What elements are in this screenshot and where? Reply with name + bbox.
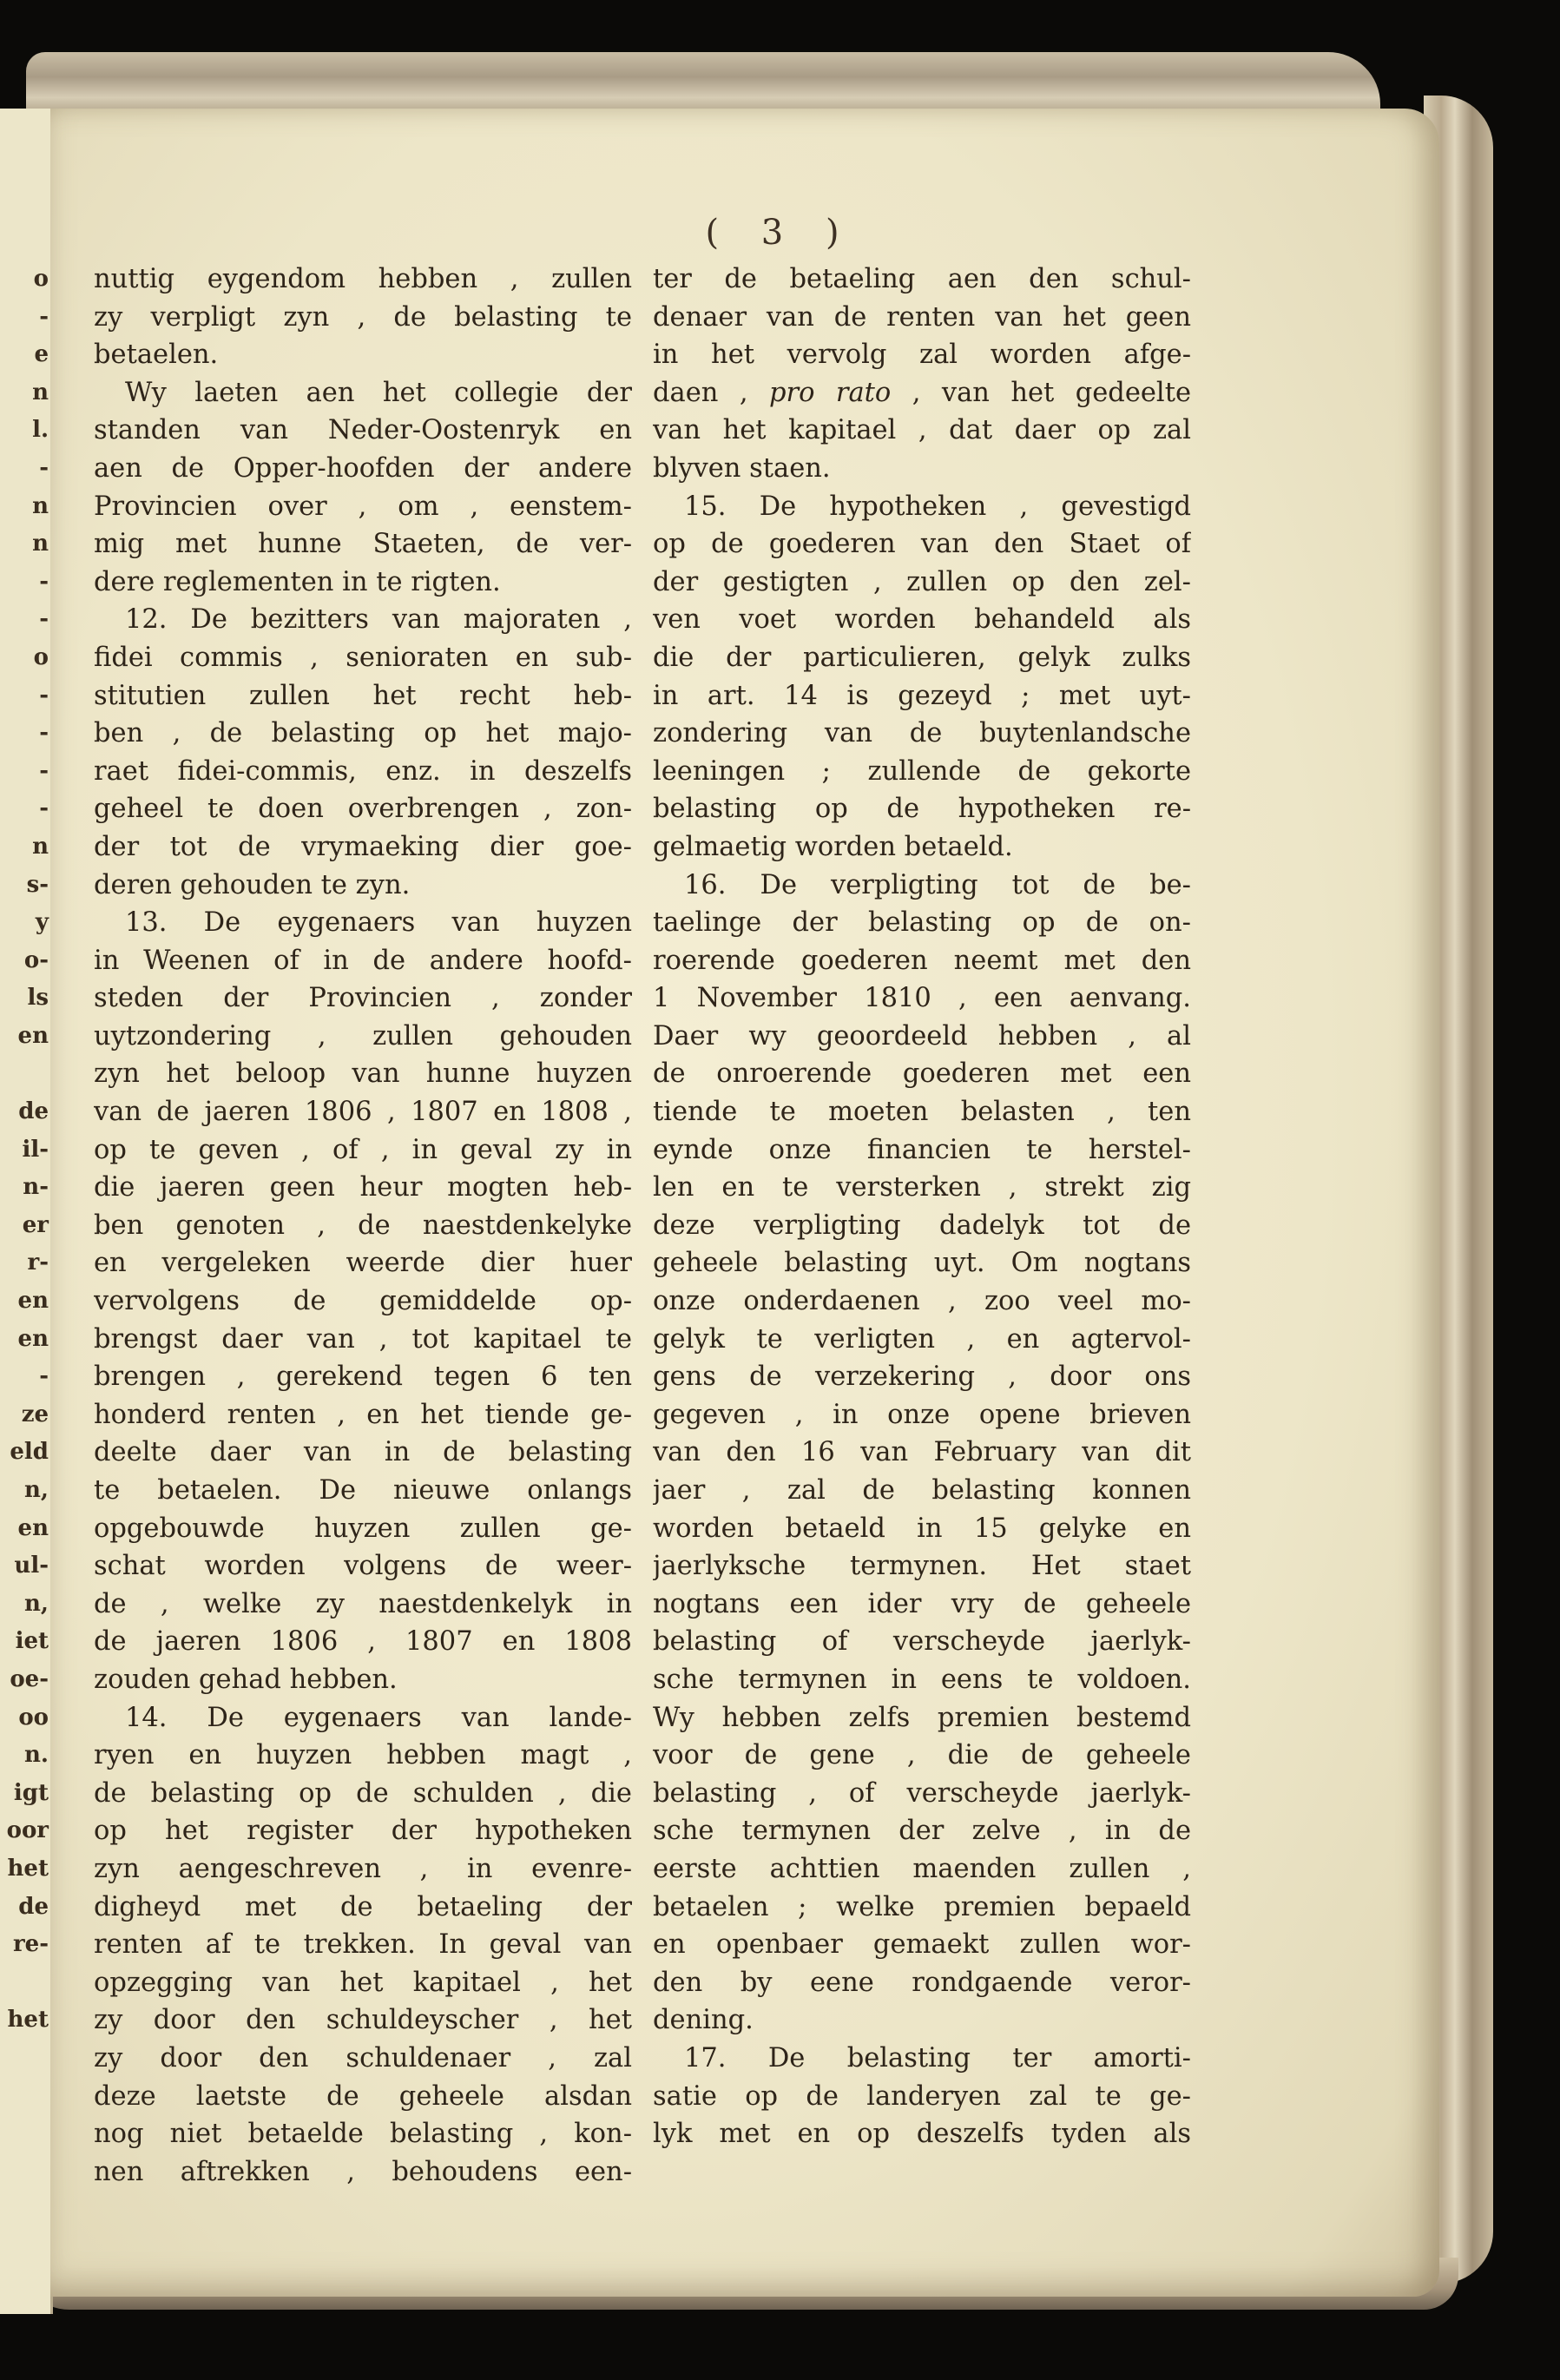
text-line: 16. De verpligting tot de be- xyxy=(653,867,1191,905)
text-line: van de jaeren 1806 , 1807 en 1808 , xyxy=(94,1093,632,1131)
fragment-line: oor xyxy=(2,1812,49,1850)
fragment-line: n. xyxy=(2,1737,49,1775)
fragment-line: o xyxy=(2,639,49,677)
fragment-line: l. xyxy=(2,412,49,450)
text-line: zy door den schuldenaer , zal xyxy=(94,2040,632,2078)
fragment-line: er xyxy=(2,1207,49,1245)
fragment-line: o xyxy=(2,260,49,299)
text-line: ter de betaeling aen den schul- xyxy=(653,260,1191,299)
text-line: zy door den schuldeyscher , het xyxy=(94,2001,632,2040)
text-line: gegeven , in onze opene brieven xyxy=(653,1396,1191,1434)
text-line: op te geven , of , in geval zy in xyxy=(94,1131,632,1170)
page-number: ( 3 ) xyxy=(0,213,1560,253)
text-line: standen van Neder-Oostenryk en xyxy=(94,412,632,450)
text-line: opgebouwde huyzen zullen ge- xyxy=(94,1510,632,1548)
text-line: leeningen ; zullende de gekorte xyxy=(653,753,1191,791)
text-line: ven voet worden behandeld als xyxy=(653,601,1191,639)
text-line: jaer , zal de belasting konnen xyxy=(653,1472,1191,1510)
text-line: Wy laeten aen het collegie der xyxy=(94,374,632,412)
fragment-line: n xyxy=(2,525,49,564)
fragment-line: n, xyxy=(2,1472,49,1510)
text-line: deelte daer van in de belasting xyxy=(94,1434,632,1472)
fragment-line: het xyxy=(2,2001,49,2040)
text-line: denaer van de renten van het geen xyxy=(653,299,1191,337)
text-line: der tot de vrymaeking dier goe- xyxy=(94,828,632,867)
fragment-line: en xyxy=(2,1018,49,1056)
text-line: steden der Provincien , zonder xyxy=(94,979,632,1018)
fragment-line: en xyxy=(2,1321,49,1359)
text-line: vervolgens de gemiddelde op- xyxy=(94,1282,632,1321)
text-line: fidei commis , senioraten en sub- xyxy=(94,639,632,677)
fragment-line: re- xyxy=(2,1926,49,1964)
text-line: 15. De hypotheken , gevestigd xyxy=(653,488,1191,526)
text-line: die jaeren geen heur mogten heb- xyxy=(94,1169,632,1207)
fragment-line: de xyxy=(2,1093,49,1131)
text-line: Provincien over , om , eenstem- xyxy=(94,488,632,526)
text-line: op de goederen van den Staet of xyxy=(653,525,1191,564)
text-line: Daer wy geoordeeld hebben , al xyxy=(653,1018,1191,1056)
text-line: en vergeleken weerde dier huer xyxy=(94,1244,632,1282)
fragment-line xyxy=(2,1964,49,2002)
text-line: tiende te moeten belasten , ten xyxy=(653,1093,1191,1131)
fragment-line: - xyxy=(2,753,49,791)
fragment-line xyxy=(2,1055,49,1093)
text-line: brengen , gerekend tegen 6 ten xyxy=(94,1358,632,1396)
text-line: aen de Opper-hoofden der andere xyxy=(94,450,632,488)
text-line: geheel te doen overbrengen , zon- xyxy=(94,790,632,828)
text-line: in het vervolg zal worden afge- xyxy=(653,336,1191,374)
text-line: de onroerende goederen met een xyxy=(653,1055,1191,1093)
text-line: te betaelen. De nieuwe onlangs xyxy=(94,1472,632,1510)
text-line: satie op de landeryen zal te ge- xyxy=(653,2078,1191,2116)
text-line: betaelen ; welke premien bepaeld xyxy=(653,1889,1191,1927)
text-line: de jaeren 1806 , 1807 en 1808 xyxy=(94,1623,632,1661)
left-text-column: nuttig eygendom hebben , zullenzy verpli… xyxy=(94,260,632,2191)
text-line: uytzondering , zullen gehouden xyxy=(94,1018,632,1056)
fragment-line: het xyxy=(2,1850,49,1889)
text-line: worden betaeld in 15 gelyke en xyxy=(653,1510,1191,1548)
fragment-line: - xyxy=(2,299,49,337)
text-line: van den 16 van February van dit xyxy=(653,1434,1191,1472)
text-line: ben genoten , de naestdenkelyke xyxy=(94,1207,632,1245)
fragment-line: n xyxy=(2,488,49,526)
fragment-line: oe- xyxy=(2,1661,49,1699)
text-line: nogtans een ider vry de geheele xyxy=(653,1586,1191,1624)
text-line: roerende goederen neemt met den xyxy=(653,942,1191,980)
fragment-line: y xyxy=(2,904,49,942)
fragment-line: - xyxy=(2,450,49,488)
text-line: betaelen. xyxy=(94,336,632,374)
text-line: onze onderdaenen , zoo veel mo- xyxy=(653,1282,1191,1321)
fragment-line: n xyxy=(2,374,49,412)
text-line: ben , de belasting op het majo- xyxy=(94,715,632,753)
text-line: sche termynen in eens te voldoen. xyxy=(653,1661,1191,1699)
text-line: 17. De belasting ter amorti- xyxy=(653,2040,1191,2078)
text-line: zy verpligt zyn , de belasting te xyxy=(94,299,632,337)
fragment-line: en xyxy=(2,1510,49,1548)
text-line: gelmaetig worden betaeld. xyxy=(653,828,1191,867)
text-line: nuttig eygendom hebben , zullen xyxy=(94,260,632,299)
text-line: sche termynen der zelve , in de xyxy=(653,1812,1191,1850)
text-line: deren gehouden te zyn. xyxy=(94,867,632,905)
fragment-line: iet xyxy=(2,1623,49,1661)
fragment-line: ul- xyxy=(2,1547,49,1586)
text-line: nen aftrekken , behoudens een- xyxy=(94,2153,632,2192)
text-line: daen , pro rato , van het gedeelte xyxy=(653,374,1191,412)
text-line: jaerlyksche termynen. Het staet xyxy=(653,1547,1191,1586)
text-line: der gestigten , zullen op den zel- xyxy=(653,564,1191,602)
fragment-line: n- xyxy=(2,1169,49,1207)
text-line: van het kapitael , dat daer op zal xyxy=(653,412,1191,450)
fragment-line: - xyxy=(2,677,49,715)
text-line: opzegging van het kapitael , het xyxy=(94,1964,632,2002)
fragment-line: oo xyxy=(2,1699,49,1737)
text-line: zyn het beloop van hunne huyzen xyxy=(94,1055,632,1093)
text-line: deze verpligting dadelyk tot de xyxy=(653,1207,1191,1245)
text-line: brengst daer van , tot kapitael te xyxy=(94,1321,632,1359)
text-line: die der particulieren, gelyk zulks xyxy=(653,639,1191,677)
text-line: zondering van de buytenlandsche xyxy=(653,715,1191,753)
text-line: mig met hunne Staeten, de ver- xyxy=(94,525,632,564)
text-line: digheyd met de betaeling der xyxy=(94,1889,632,1927)
fragment-line: eld xyxy=(2,1434,49,1472)
text-line: in art. 14 is gezeyd ; met uyt- xyxy=(653,677,1191,715)
text-line: gens de verzekering , door ons xyxy=(653,1358,1191,1396)
fragment-line: en xyxy=(2,1282,49,1321)
fragment-line: e xyxy=(2,336,49,374)
text-line: eerste achttien maenden zullen , xyxy=(653,1850,1191,1889)
text-line: schat worden volgens de weer- xyxy=(94,1547,632,1586)
fragment-line: n xyxy=(2,828,49,867)
fragment-line: de xyxy=(2,1889,49,1927)
text-line: den by eene rondgaende veror- xyxy=(653,1964,1191,2002)
text-line: gelyk te verligten , en agtervol- xyxy=(653,1321,1191,1359)
text-line: honderd renten , en het tiende ge- xyxy=(94,1396,632,1434)
text-line: de belasting op de schulden , die xyxy=(94,1775,632,1813)
fragment-line: s- xyxy=(2,867,49,905)
facing-page-text-fragments: o-enl.-nn--o----ns-yo-lsendeil-n-err-ene… xyxy=(2,260,49,2040)
fragment-line: - xyxy=(2,790,49,828)
fragment-line: o- xyxy=(2,942,49,980)
text-line: voor de gene , die de geheele xyxy=(653,1737,1191,1775)
fragment-line: igt xyxy=(2,1775,49,1813)
text-line: taelinge der belasting op de on- xyxy=(653,904,1191,942)
text-line: belasting , of verscheyde jaerlyk- xyxy=(653,1775,1191,1813)
text-line: de , welke zy naestdenkelyk in xyxy=(94,1586,632,1624)
text-line: blyven staen. xyxy=(653,450,1191,488)
text-line: Wy hebben zelfs premien bestemd xyxy=(653,1699,1191,1737)
text-line: dere reglementen in te rigten. xyxy=(94,564,632,602)
fragment-line: n, xyxy=(2,1586,49,1624)
fragment-line: il- xyxy=(2,1131,49,1170)
text-line: renten af te trekken. In geval van xyxy=(94,1926,632,1964)
fragment-line: ls xyxy=(2,979,49,1018)
text-line: op het register der hypotheken xyxy=(94,1812,632,1850)
text-line: nog niet betaelde belasting , kon- xyxy=(94,2115,632,2153)
text-line: zouden gehad hebben. xyxy=(94,1661,632,1699)
text-line: 13. De eygenaers van huyzen xyxy=(94,904,632,942)
fragment-line: ze xyxy=(2,1396,49,1434)
text-line: geheele belasting uyt. Om nogtans xyxy=(653,1244,1191,1282)
text-line: lyk met en op deszelfs tyden als xyxy=(653,2115,1191,2153)
text-line: dening. xyxy=(653,2001,1191,2040)
text-line: en openbaer gemaekt zullen wor- xyxy=(653,1926,1191,1964)
text-line: len en te versterken , strekt zig xyxy=(653,1169,1191,1207)
text-line: stitutien zullen het recht heb- xyxy=(94,677,632,715)
facing-page-fragment: o-enl.-nn--o----ns-yo-lsendeil-n-err-ene… xyxy=(0,109,53,2314)
text-line: 1 November 1810 , een aenvang. xyxy=(653,979,1191,1018)
italic-phrase: pro rato xyxy=(769,378,891,408)
text-line: eynde onze financien te herstel- xyxy=(653,1131,1191,1170)
text-line: deze laetste de geheele alsdan xyxy=(94,2078,632,2116)
fragment-line: - xyxy=(2,564,49,602)
fragment-line: - xyxy=(2,601,49,639)
fragment-line: - xyxy=(2,1358,49,1396)
text-line: belasting of verscheyde jaerlyk- xyxy=(653,1623,1191,1661)
text-line: 12. De bezitters van majoraten , xyxy=(94,601,632,639)
text-line: 14. De eygenaers van lande- xyxy=(94,1699,632,1737)
fragment-line: r- xyxy=(2,1244,49,1282)
fragment-line: - xyxy=(2,715,49,753)
text-line: ryen en huyzen hebben magt , xyxy=(94,1737,632,1775)
text-line: belasting op de hypotheken re- xyxy=(653,790,1191,828)
text-line: raet fidei-commis, enz. in deszelfs xyxy=(94,753,632,791)
right-text-column: ter de betaeling aen den schul-denaer va… xyxy=(653,260,1191,2153)
text-line: in Weenen of in de andere hoofd- xyxy=(94,942,632,980)
text-line: zyn aengeschreven , in evenre- xyxy=(94,1850,632,1889)
